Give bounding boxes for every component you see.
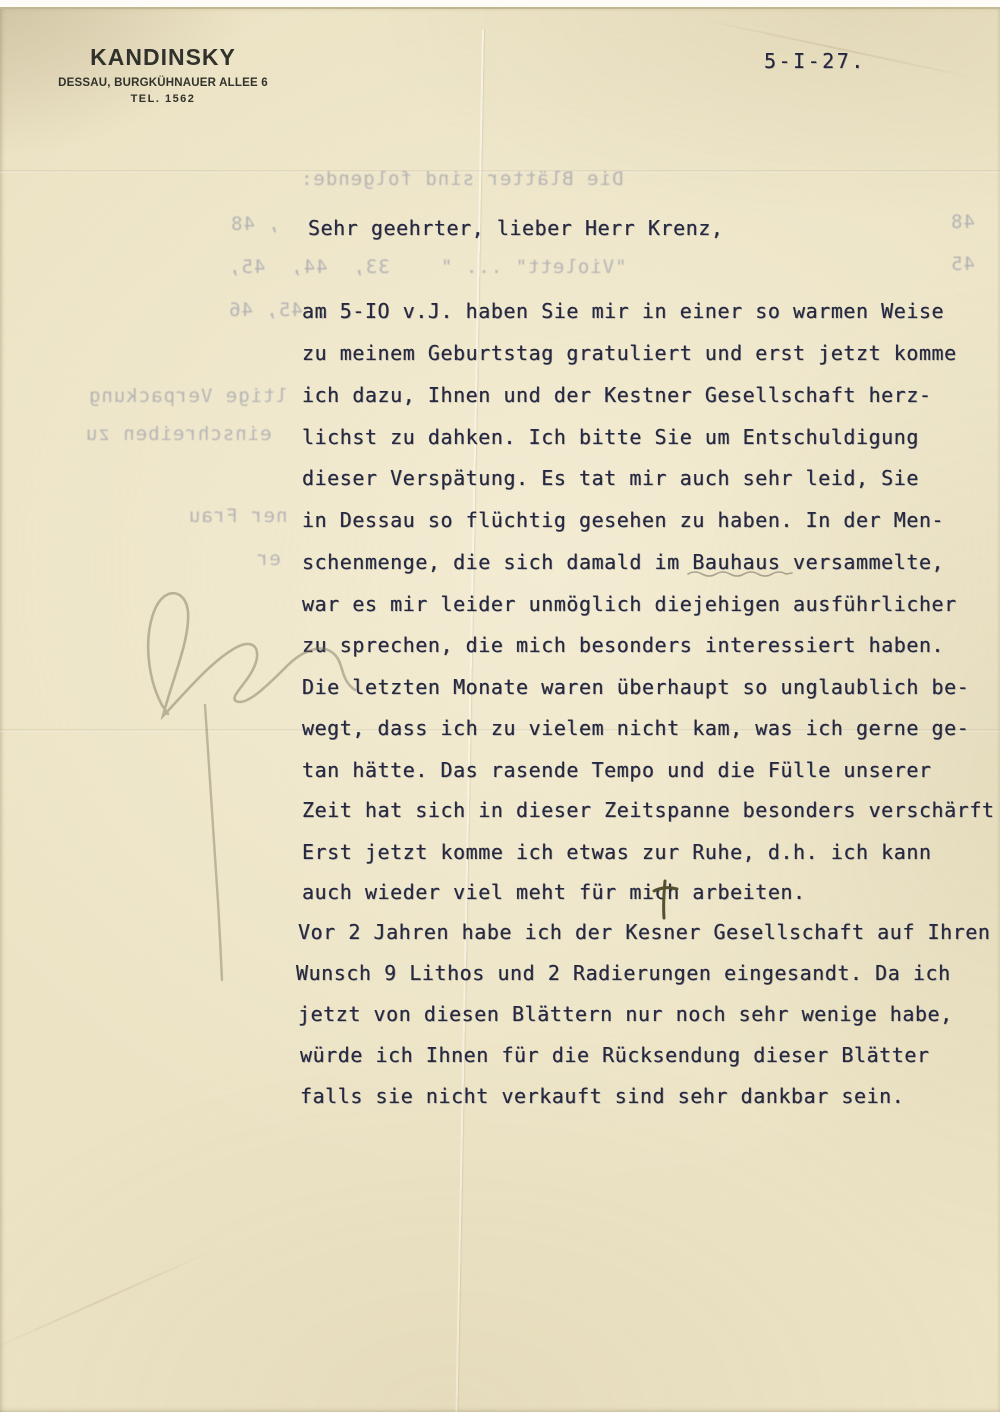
typed-line: zu sprechen, die mich besonders interess… [302, 633, 944, 657]
typed-line: Vor 2 Jahren habe ich der Kesner Gesells… [298, 920, 991, 944]
bleedthrough-text: ltige Verpackung [88, 385, 287, 407]
typed-line: wegt, dass ich zu vielem nicht kam, was … [302, 716, 969, 740]
typed-line: falls sie nicht verkauft sind sehr dankb… [300, 1084, 904, 1108]
letterhead: KANDINSKY DESSAU, BURGKÜHNAUER ALLEE 6 T… [52, 44, 274, 105]
bleedthrough-text: 45 [950, 253, 975, 275]
bleedthrough-text: , 48 [230, 213, 280, 235]
bleedthrough-text: Die Blätter sind folgende: [300, 168, 623, 190]
pencil-underline-bauhaus-icon [686, 569, 794, 579]
letterhead-name: KANDINSKY [52, 44, 274, 71]
typed-line: Die letzten Monate waren überhaupt so un… [302, 675, 969, 699]
bleedthrough-text: 48 [950, 211, 975, 233]
letter-page: Die Blätter sind folgende:, 484833, 44, … [0, 0, 1000, 1412]
typed-line: am 5-IO v.J. haben Sie mir in einer so w… [302, 299, 944, 323]
typed-line: Sehr geehrter, lieber Herr Krenz, [308, 216, 724, 240]
typed-line: Wunsch 9 Lithos und 2 Radierungen einges… [296, 961, 951, 985]
letterhead-address: DESSAU, BURGKÜHNAUER ALLEE 6 [52, 77, 274, 89]
bleedthrough-text: ner Frau [188, 505, 288, 527]
letterhead-phone: TEL. 1562 [52, 93, 274, 105]
typed-line: zu meinem Geburtstag gratuliert und erst… [302, 341, 957, 365]
typed-line: Zeit hat sich in dieser Zeitspanne beson… [302, 798, 995, 822]
typed-line: ich dazu, Ihnen und der Kestner Gesellsc… [302, 383, 932, 407]
typed-line: schenmenge, die sich damald im Bauhaus v… [302, 550, 944, 574]
typed-line: in Dessau so flüchtig gesehen zu haben. … [302, 508, 944, 532]
bleedthrough-text: 33, 44, 45, [228, 256, 390, 278]
typed-line: Erst jetzt komme ich etwas zur Ruhe, d.h… [302, 840, 932, 864]
letter-date: 5-I-27. [764, 49, 866, 73]
typed-line: auch wieder viel meht für mich arbeiten. [302, 880, 806, 904]
typed-line: jetzt von diesen Blättern nur noch sehr … [298, 1002, 953, 1026]
typed-line: dieser Verspätung. Es tat mir auch sehr … [302, 466, 919, 490]
bleedthrough-text: einschreiben zu [85, 423, 272, 445]
bleedthrough-text: "Violett" ... " [440, 256, 627, 278]
typed-line: war es mir leider unmöglich diejehigen a… [302, 592, 957, 616]
typed-line: lichst zu dahken. Ich bitte Sie um Entsc… [302, 425, 919, 449]
bleedthrough-text: er [256, 548, 281, 570]
typed-line: tan hätte. Das rasende Tempo und die Fül… [302, 758, 932, 782]
typed-line: würde ich Ihnen für die Rücksendung dies… [300, 1043, 930, 1067]
